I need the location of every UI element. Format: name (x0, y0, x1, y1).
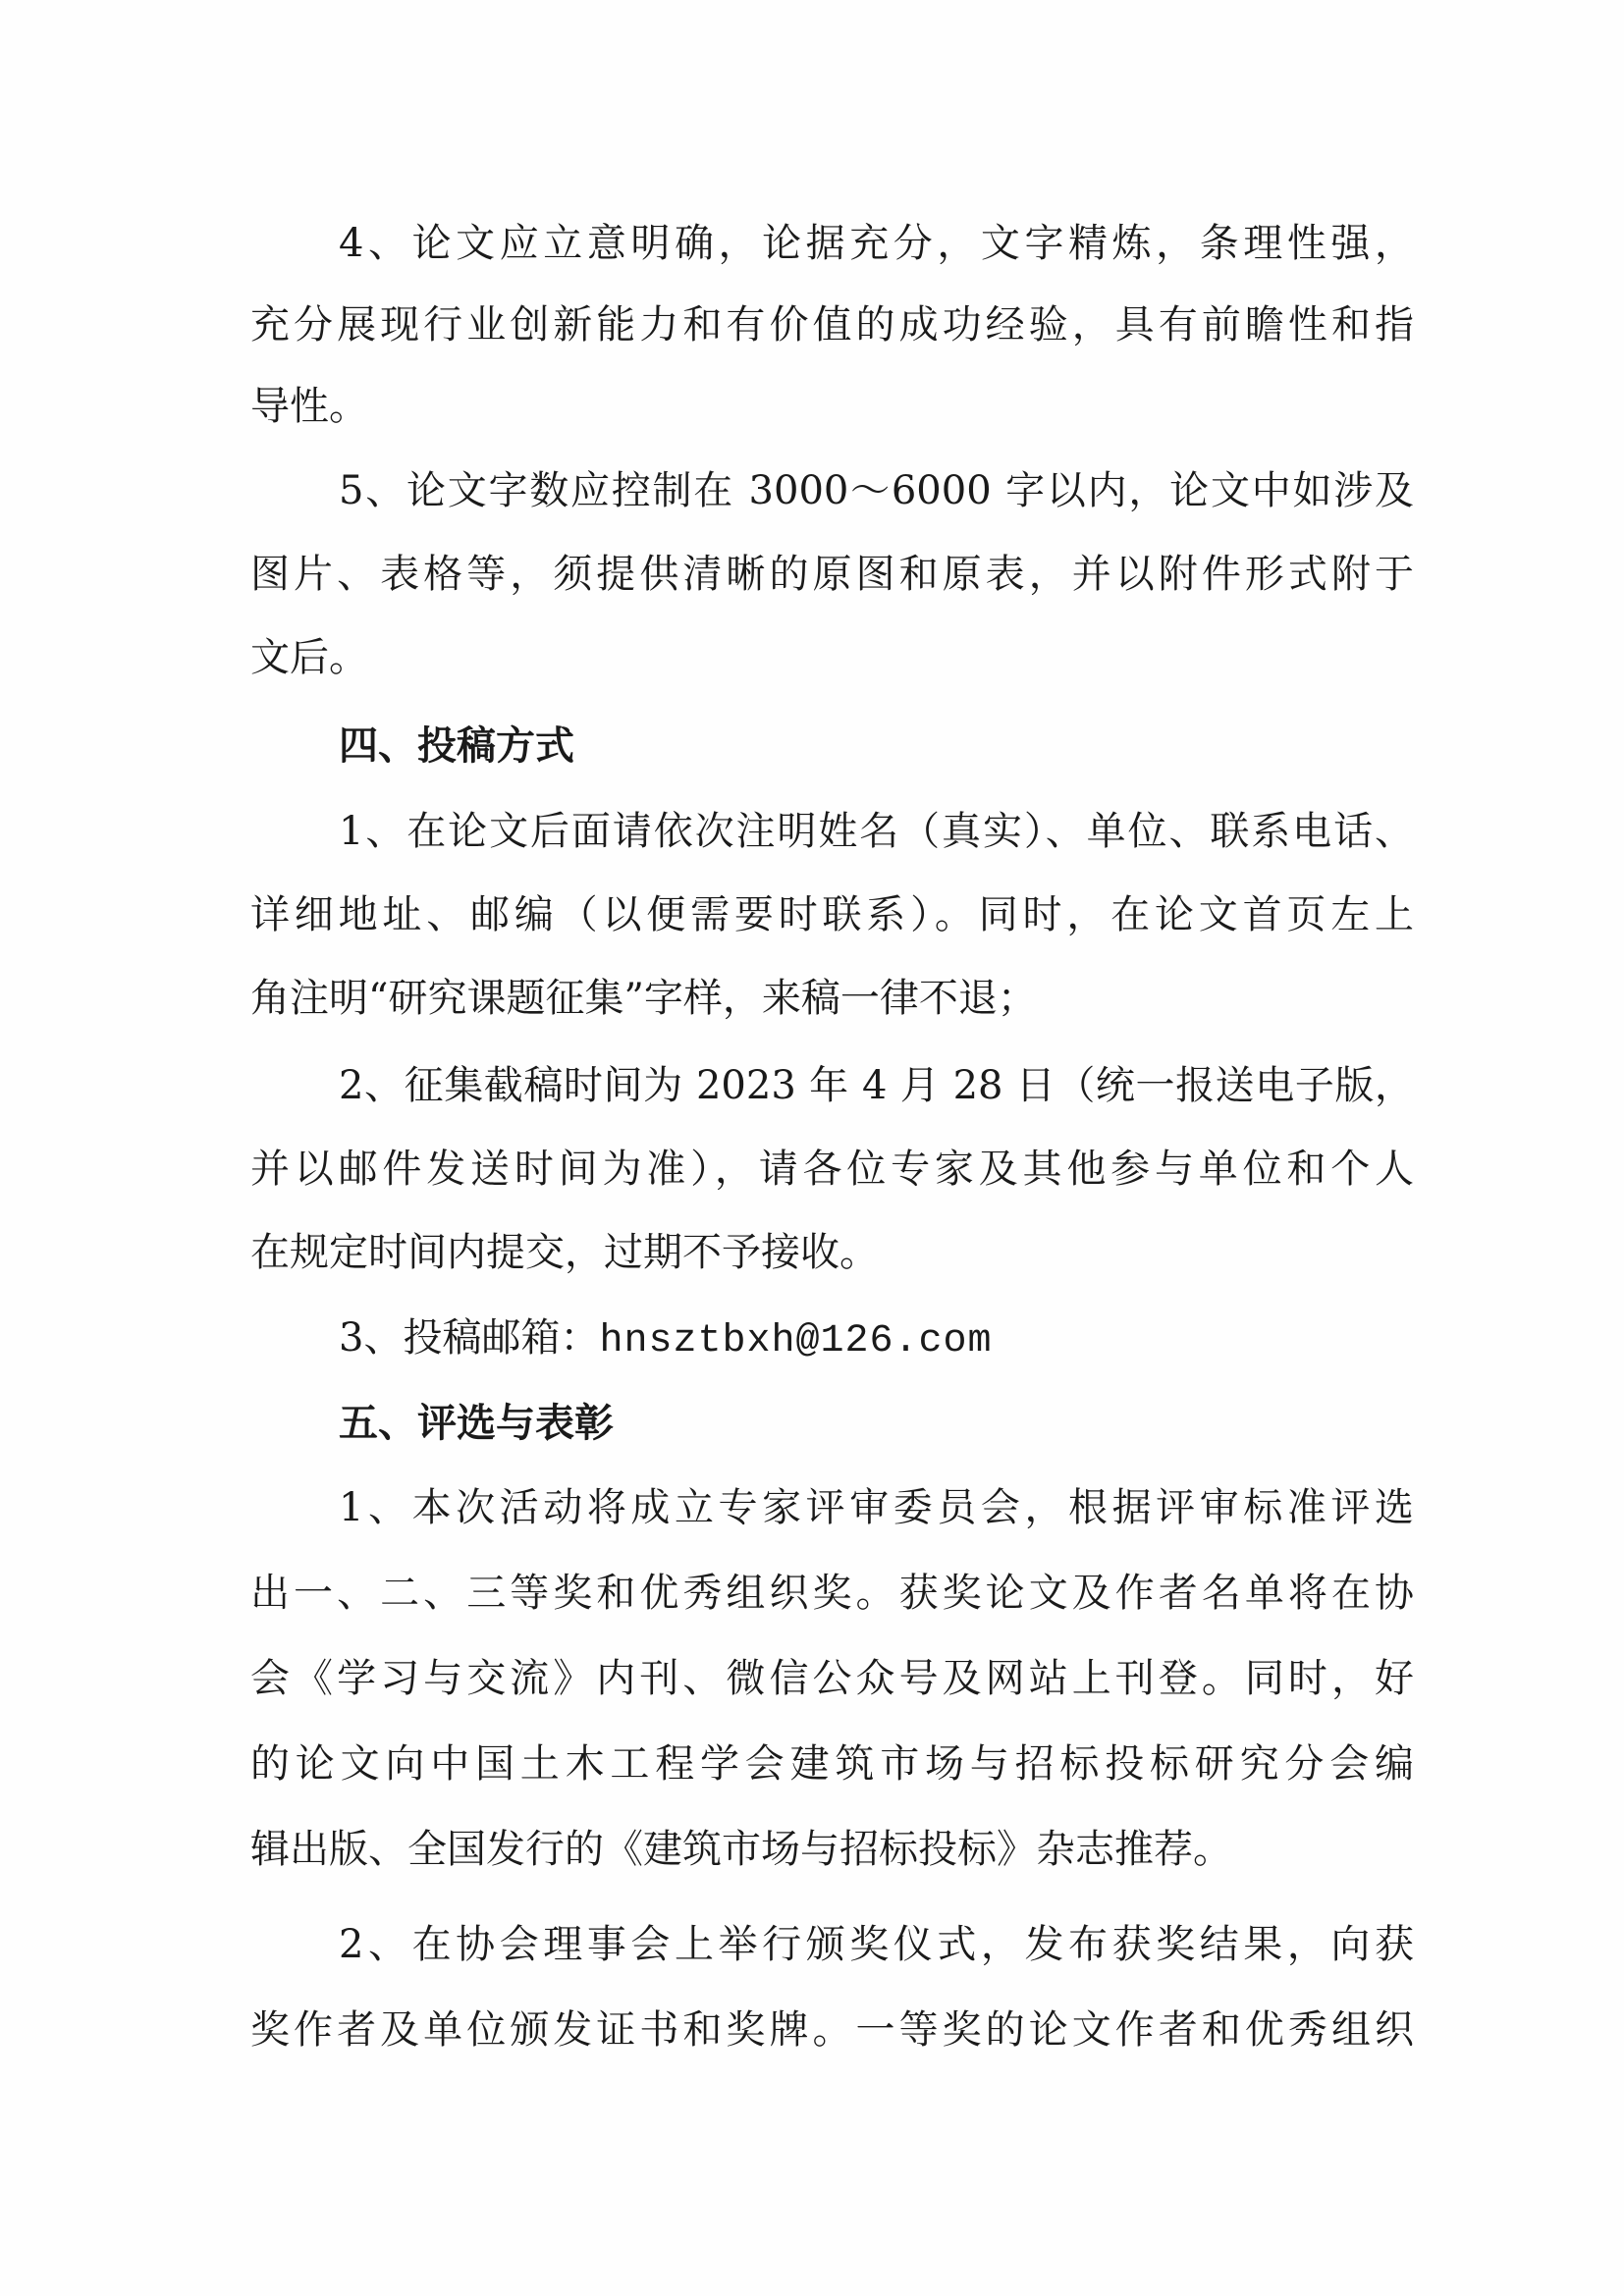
item-4-line-1: 4、论文应立意明确，论据充分，文字精炼，条理性强， (339, 214, 1414, 273)
submit-3-line: 3、投稿邮箱：hnsztbxh@126.com (339, 1308, 1414, 1367)
submission-email-link[interactable]: hnsztbxh@126.com (599, 1319, 992, 1363)
item-4-line-2: 充分展现行业创新能力和有价值的成功经验，具有前瞻性和指 (250, 295, 1414, 354)
award-1-line-4: 的论文向中国土木工程学会建筑市场与招标投标研究分会编 (250, 1735, 1414, 1793)
email-label: 3、投稿邮箱： (339, 1315, 599, 1361)
section-heading-submission: 四、投稿方式 (339, 717, 1414, 775)
submit-2-line-2: 并以邮件发送时间为准），请各位专家及其他参与单位和个人 (250, 1140, 1414, 1199)
item-4-line-3: 导性。 (250, 377, 1414, 436)
section-heading-awards: 五、评选与表彰 (339, 1394, 1414, 1453)
award-1-line-3: 会《学习与交流》内刊、微信公众号及网站上刊登。同时，好 (250, 1649, 1414, 1708)
document-page: 4、论文应立意明确，论据充分，文字精炼，条理性强， 充分展现行业创新能力和有价值… (0, 0, 1624, 2296)
item-5-line-2: 图片、表格等，须提供清晰的原图和原表，并以附件形式附于 (250, 545, 1414, 604)
award-2-line-1: 2、在协会理事会上举行颁奖仪式，发布获奖结果，向获 (339, 1915, 1414, 1974)
submit-1-line-1: 1、在论文后面请依次注明姓名（真实）、单位、联系电话、 (339, 802, 1414, 861)
item-5-line-3: 文后。 (250, 628, 1414, 687)
award-1-line-5: 辑出版、全国发行的《建筑市场与招标投标》杂志推荐。 (250, 1820, 1414, 1879)
item-5-line-1: 5、论文字数应控制在 3000～6000 字以内，论文中如涉及 (339, 461, 1414, 520)
submit-2-line-3: 在规定时间内提交，过期不予接收。 (250, 1223, 1414, 1282)
award-2-line-2: 奖作者及单位颁发证书和奖牌。一等奖的论文作者和优秀组织 (250, 2001, 1414, 2059)
submit-2-line-1: 2、征集截稿时间为 2023 年 4 月 28 日（统一报送电子版， (339, 1056, 1414, 1115)
submit-1-line-3: 角注明“研究课题征集”字样，来稿一律不退； (250, 969, 1414, 1028)
submit-1-line-2: 详细地址、邮编（以便需要时联系）。同时，在论文首页左上 (250, 885, 1414, 944)
award-1-line-2: 出一、二、三等奖和优秀组织奖。获奖论文及作者名单将在协 (250, 1564, 1414, 1623)
award-1-line-1: 1、本次活动将成立专家评审委员会，根据评审标准评选 (339, 1478, 1414, 1537)
